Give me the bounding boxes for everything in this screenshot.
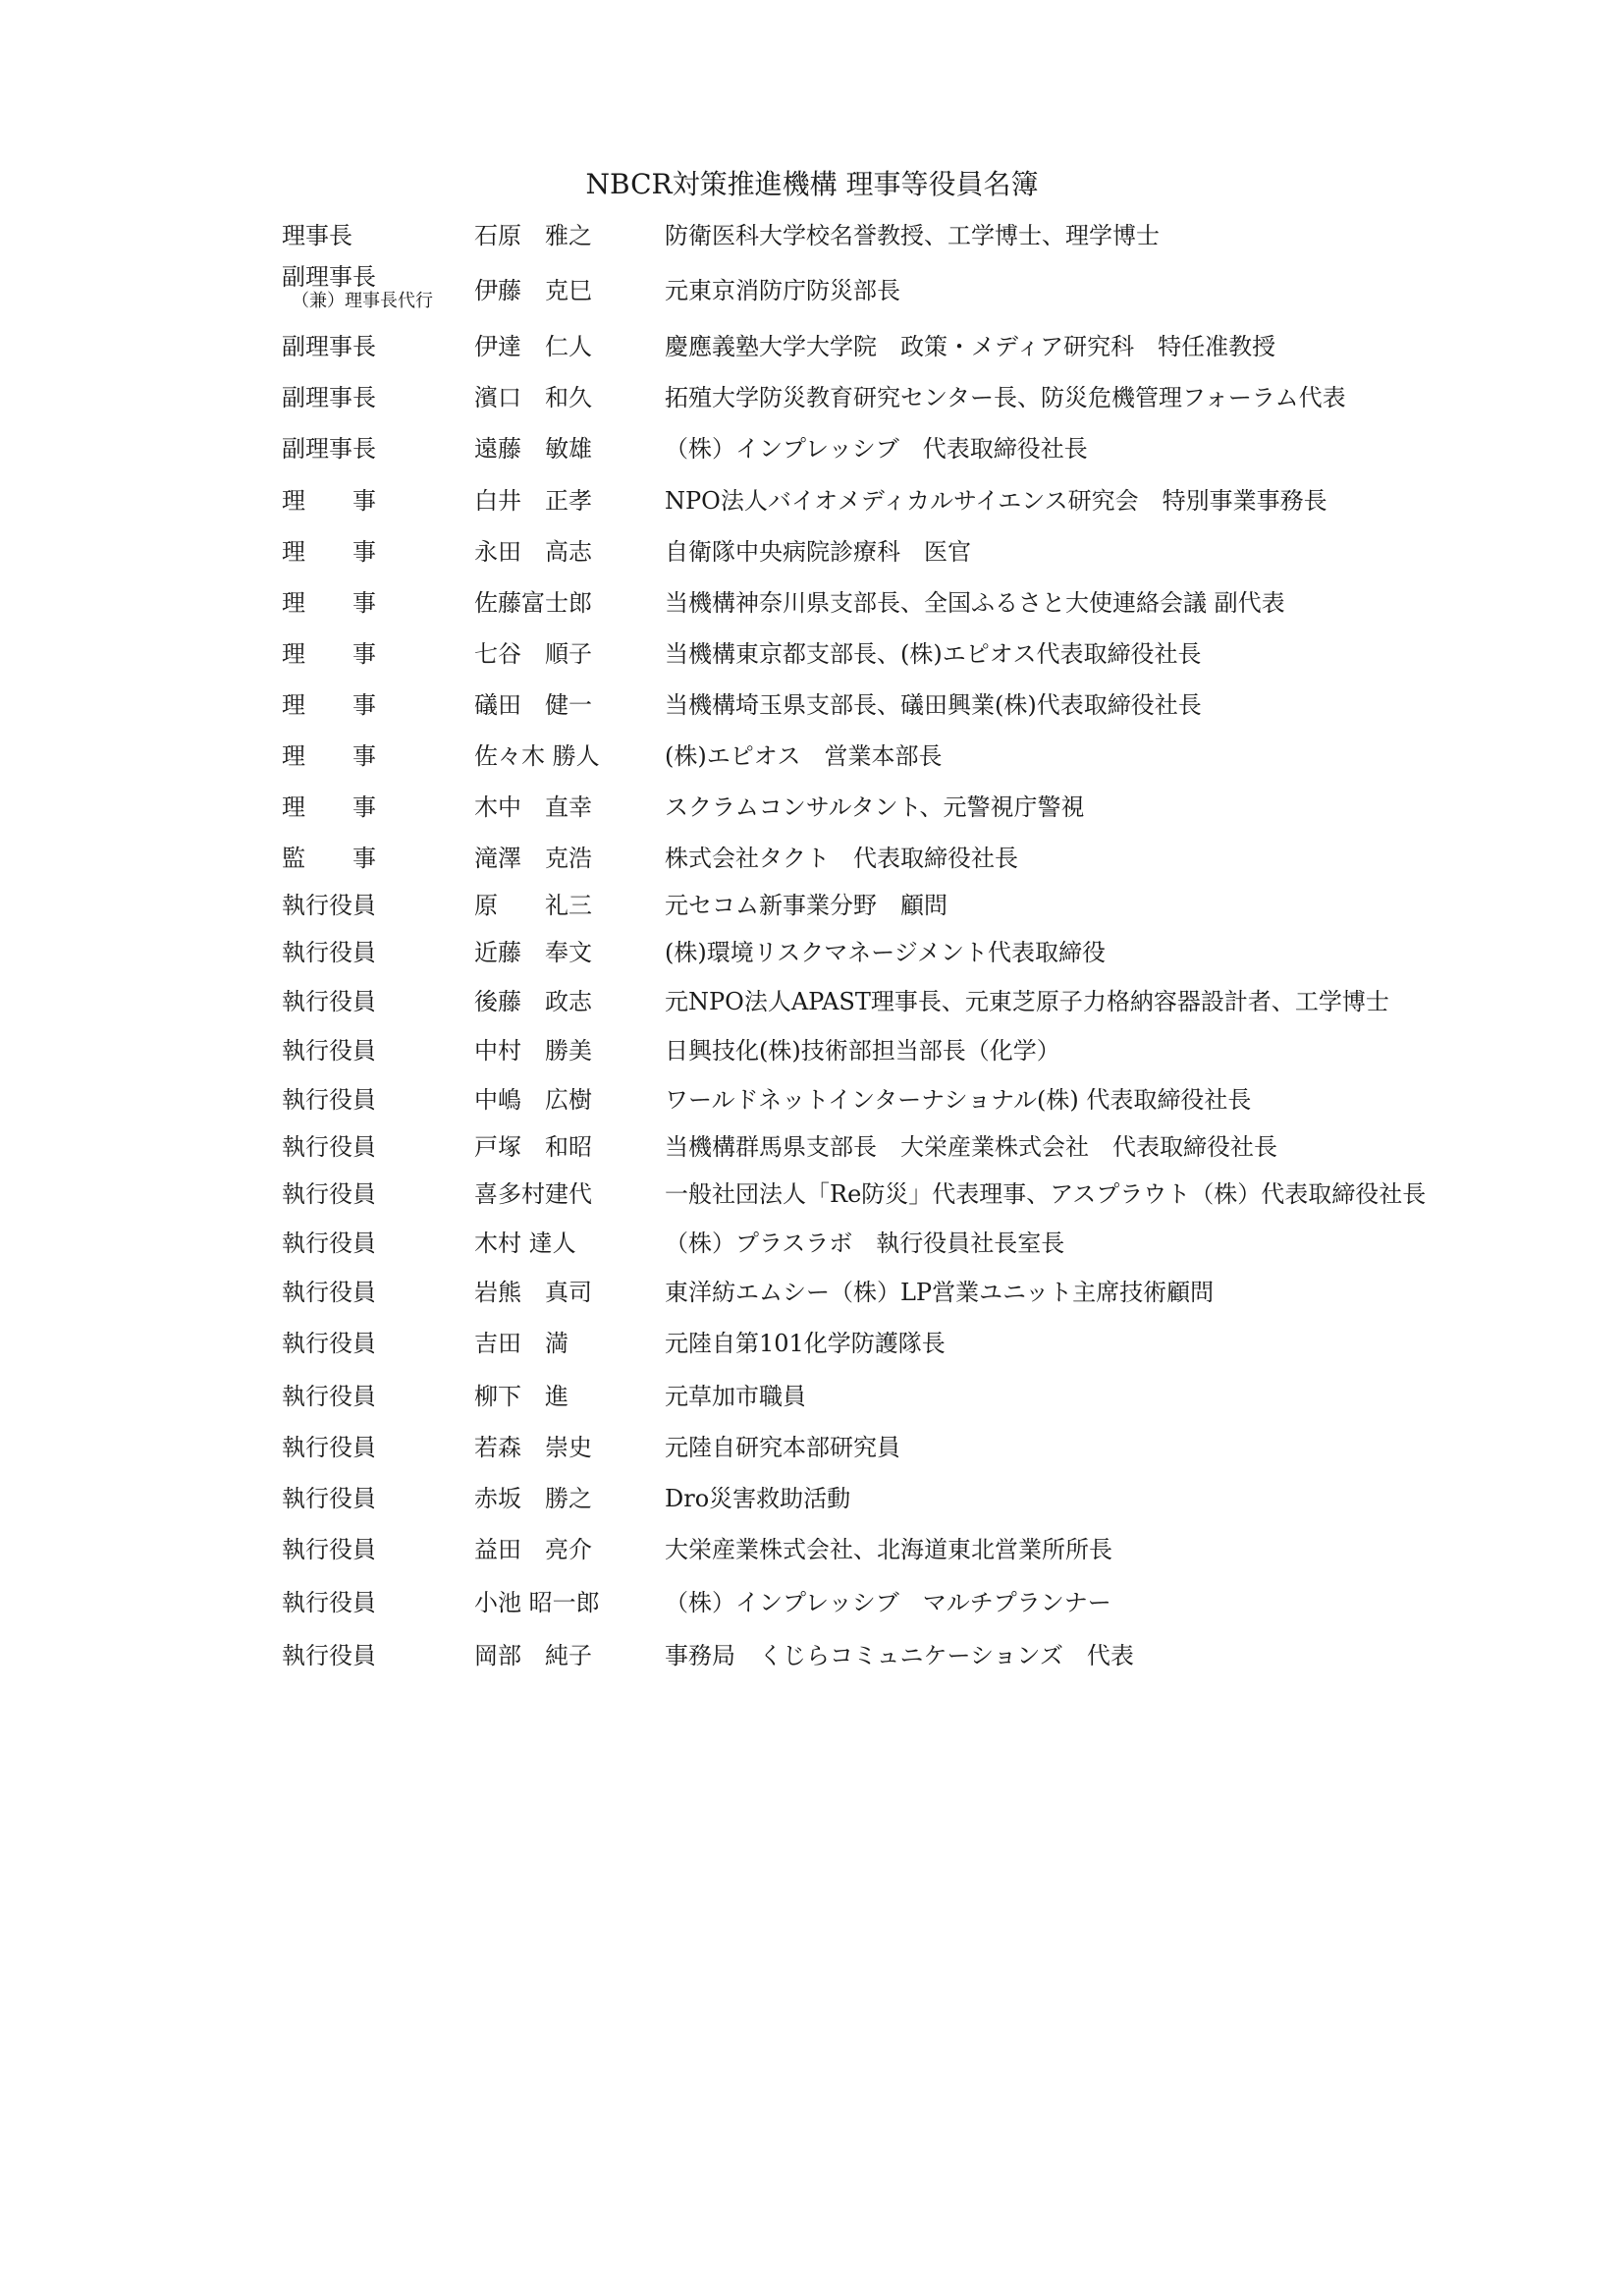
role: 理 事 bbox=[282, 634, 376, 674]
member-affiliation: (株)エピオス 営業本部長 bbox=[665, 737, 943, 776]
member-affiliation: 一般社団法人「Re防災」代表理事、アスプラウト（株）代表取締役社長 bbox=[665, 1175, 1426, 1214]
member-name: 白井 正孝 bbox=[474, 481, 592, 520]
roster-row: 執行役員 戸塚 和昭 当機構群馬県支部長 大栄産業株式会社 代表取締役社長 bbox=[0, 1127, 1624, 1167]
role: 執行役員 bbox=[282, 933, 376, 972]
roster-row: 理事長 石原 雅之 防衛医科大学校名誉教授、工学博士、理学博士 bbox=[0, 216, 1624, 255]
role: 執行役員 bbox=[282, 1583, 376, 1622]
role: 執行役員 bbox=[282, 1428, 376, 1467]
role: 理事長 bbox=[282, 216, 352, 255]
role: 執行役員 bbox=[282, 1377, 376, 1416]
role: 執行役員 bbox=[282, 1479, 376, 1518]
roster-row: 執行役員 近藤 奉文 (株)環境リスクマネージメント代表取締役 bbox=[0, 933, 1624, 972]
roster-row: 副理事長 伊達 仁人 慶應義塾大学大学院 政策・メディア研究科 特任准教授 bbox=[0, 327, 1624, 366]
role: 執行役員 bbox=[282, 1127, 376, 1167]
member-name: 後藤 政志 bbox=[474, 982, 592, 1021]
member-name: 中村 勝美 bbox=[474, 1031, 592, 1070]
roster-row: 理 事 佐藤富士郎 当機構神奈川県支部長、全国ふるさと大使連絡会議 副代表 bbox=[0, 583, 1624, 623]
member-affiliation: Dro災害救助活動 bbox=[665, 1479, 850, 1518]
member-affiliation: 自衛隊中央病院診療科 医官 bbox=[665, 532, 971, 572]
role: 執行役員 bbox=[282, 1224, 376, 1263]
roster-row: 執行役員 木村 達人 （株）プラスラボ 執行役員社長室長 bbox=[0, 1224, 1624, 1263]
role: 執行役員 bbox=[282, 1175, 376, 1214]
roster-row: 執行役員 柳下 進 元草加市職員 bbox=[0, 1377, 1624, 1416]
member-affiliation: 株式会社タクト 代表取締役社長 bbox=[665, 839, 1018, 878]
member-affiliation: 事務局 くじらコミュニケーションズ 代表 bbox=[665, 1636, 1134, 1675]
role: 理 事 bbox=[282, 685, 376, 725]
member-affiliation: スクラムコンサルタント、元警視庁警視 bbox=[665, 788, 1084, 827]
member-affiliation: 元セコム新事業分野 顧問 bbox=[665, 886, 947, 925]
member-name: 戸塚 和昭 bbox=[474, 1127, 592, 1167]
roster-row: 理 事 永田 高志 自衛隊中央病院診療科 医官 bbox=[0, 532, 1624, 572]
roster-row: 監 事 滝澤 克浩 株式会社タクト 代表取締役社長 bbox=[0, 839, 1624, 878]
member-name: 七谷 順子 bbox=[474, 634, 592, 674]
member-affiliation: 元草加市職員 bbox=[665, 1377, 806, 1416]
roster-row: 執行役員 益田 亮介 大栄産業株式会社、北海道東北営業所所長 bbox=[0, 1530, 1624, 1569]
member-name: 喜多村建代 bbox=[474, 1175, 592, 1214]
roster-row: 理 事 木中 直幸 スクラムコンサルタント、元警視庁警視 bbox=[0, 788, 1624, 827]
role: 執行役員 bbox=[282, 1530, 376, 1569]
roster-row: 執行役員 喜多村建代 一般社団法人「Re防災」代表理事、アスプラウト（株）代表取… bbox=[0, 1175, 1624, 1214]
role: 理 事 bbox=[282, 532, 376, 572]
roster-row: 副理事長 遠藤 敏雄 （株）インプレッシブ 代表取締役社長 bbox=[0, 429, 1624, 468]
member-name: 柳下 進 bbox=[474, 1377, 568, 1416]
member-name: 吉田 満 bbox=[474, 1324, 568, 1363]
member-affiliation: 当機構神奈川県支部長、全国ふるさと大使連絡会議 副代表 bbox=[665, 583, 1285, 623]
role: 副理事長 （兼）理事長代行 bbox=[282, 263, 433, 312]
member-name: 若森 崇史 bbox=[474, 1428, 592, 1467]
role-main: 副理事長 bbox=[282, 263, 376, 291]
member-affiliation: 当機構群馬県支部長 大栄産業株式会社 代表取締役社長 bbox=[665, 1127, 1277, 1167]
member-affiliation: 慶應義塾大学大学院 政策・メディア研究科 特任准教授 bbox=[665, 327, 1275, 366]
member-name: 赤坂 勝之 bbox=[474, 1479, 592, 1518]
member-affiliation: 当機構東京都支部長、(株)エピオス代表取締役社長 bbox=[665, 634, 1202, 674]
member-name: 佐々木 勝人 bbox=[474, 737, 600, 776]
member-name: 佐藤富士郎 bbox=[474, 583, 592, 623]
member-name: 滝澤 克浩 bbox=[474, 839, 592, 878]
member-affiliation: 東洋紡エムシー（株）LP営業ユニット主席技術顧問 bbox=[665, 1273, 1214, 1312]
role: 執行役員 bbox=[282, 1324, 376, 1363]
member-affiliation: 元NPO法人APAST理事長、元東芝原子力格納容器設計者、工学博士 bbox=[665, 982, 1389, 1021]
member-affiliation: 元陸自研究本部研究員 bbox=[665, 1428, 900, 1467]
role: 執行役員 bbox=[282, 1031, 376, 1070]
member-name: 中嶋 広樹 bbox=[474, 1080, 592, 1120]
member-name: 礒田 健一 bbox=[474, 685, 592, 725]
roster-row: 執行役員 吉田 満 元陸自第101化学防護隊長 bbox=[0, 1324, 1624, 1363]
role: 理 事 bbox=[282, 481, 376, 520]
role: 執行役員 bbox=[282, 1080, 376, 1120]
role: 理 事 bbox=[282, 737, 376, 776]
roster-row: 理 事 七谷 順子 当機構東京都支部長、(株)エピオス代表取締役社長 bbox=[0, 634, 1624, 674]
member-name: 遠藤 敏雄 bbox=[474, 429, 592, 468]
roster-row: 理 事 礒田 健一 当機構埼玉県支部長、礒田興業(株)代表取締役社長 bbox=[0, 685, 1624, 725]
member-name: 濱口 和久 bbox=[474, 378, 592, 417]
member-affiliation: (株)環境リスクマネージメント代表取締役 bbox=[665, 933, 1106, 972]
roster-row: 執行役員 後藤 政志 元NPO法人APAST理事長、元東芝原子力格納容器設計者、… bbox=[0, 982, 1624, 1021]
member-affiliation: 拓殖大学防災教育研究センター長、防災危機管理フォーラム代表 bbox=[665, 378, 1346, 417]
member-name: 原 礼三 bbox=[474, 886, 592, 925]
member-name: 岩熊 真司 bbox=[474, 1273, 592, 1312]
role: 副理事長 bbox=[282, 327, 376, 366]
roster-row: 執行役員 原 礼三 元セコム新事業分野 顧問 bbox=[0, 886, 1624, 925]
role: 副理事長 bbox=[282, 378, 376, 417]
member-affiliation: 当機構埼玉県支部長、礒田興業(株)代表取締役社長 bbox=[665, 685, 1202, 725]
roster-row: 副理事長 （兼）理事長代行 伊藤 克巳 元東京消防庁防災部長 bbox=[0, 271, 1624, 310]
roster-row: 執行役員 中村 勝美 日興技化(株)技術部担当部長（化学） bbox=[0, 1031, 1624, 1070]
role-sub: （兼）理事長代行 bbox=[282, 291, 433, 312]
member-affiliation: （株）インプレッシブ 代表取締役社長 bbox=[665, 429, 1088, 468]
member-name: 小池 昭一郎 bbox=[474, 1583, 600, 1622]
roster-row: 副理事長 濱口 和久 拓殖大学防災教育研究センター長、防災危機管理フォーラム代表 bbox=[0, 378, 1624, 417]
member-affiliation: 元陸自第101化学防護隊長 bbox=[665, 1324, 946, 1363]
member-affiliation: NPO法人バイオメディカルサイエンス研究会 特別事業事務長 bbox=[665, 481, 1327, 520]
member-affiliation: （株）プラスラボ 執行役員社長室長 bbox=[665, 1224, 1064, 1263]
member-affiliation: （株）インプレッシブ マルチプランナー bbox=[665, 1583, 1111, 1622]
role: 執行役員 bbox=[282, 1273, 376, 1312]
member-name: 益田 亮介 bbox=[474, 1530, 592, 1569]
document-title: NBCR対策推進機構 理事等役員名簿 bbox=[0, 163, 1624, 202]
member-name: 木村 達人 bbox=[474, 1224, 576, 1263]
role: 理 事 bbox=[282, 788, 376, 827]
roster-row: 理 事 白井 正孝 NPO法人バイオメディカルサイエンス研究会 特別事業事務長 bbox=[0, 481, 1624, 520]
member-name: 永田 高志 bbox=[474, 532, 592, 572]
member-name: 伊藤 克巳 bbox=[474, 271, 592, 310]
member-name: 伊達 仁人 bbox=[474, 327, 592, 366]
roster-row: 執行役員 岩熊 真司 東洋紡エムシー（株）LP営業ユニット主席技術顧問 bbox=[0, 1273, 1624, 1312]
member-name: 岡部 純子 bbox=[474, 1636, 592, 1675]
member-affiliation: 大栄産業株式会社、北海道東北営業所所長 bbox=[665, 1530, 1112, 1569]
member-affiliation: ワールドネットインターナショナル(株) 代表取締役社長 bbox=[665, 1080, 1251, 1120]
roster-row: 執行役員 中嶋 広樹 ワールドネットインターナショナル(株) 代表取締役社長 bbox=[0, 1080, 1624, 1120]
role: 執行役員 bbox=[282, 982, 376, 1021]
member-affiliation: 防衛医科大学校名誉教授、工学博士、理学博士 bbox=[665, 216, 1160, 255]
role: 監 事 bbox=[282, 839, 376, 878]
member-name: 近藤 奉文 bbox=[474, 933, 592, 972]
roster-row: 執行役員 岡部 純子 事務局 くじらコミュニケーションズ 代表 bbox=[0, 1636, 1624, 1675]
member-affiliation: 日興技化(株)技術部担当部長（化学） bbox=[665, 1031, 1060, 1070]
roster-row: 執行役員 赤坂 勝之 Dro災害救助活動 bbox=[0, 1479, 1624, 1518]
roster-row: 執行役員 若森 崇史 元陸自研究本部研究員 bbox=[0, 1428, 1624, 1467]
roster-row: 執行役員 小池 昭一郎 （株）インプレッシブ マルチプランナー bbox=[0, 1583, 1624, 1622]
member-name: 石原 雅之 bbox=[474, 216, 592, 255]
member-name: 木中 直幸 bbox=[474, 788, 592, 827]
role: 執行役員 bbox=[282, 1636, 376, 1675]
member-affiliation: 元東京消防庁防災部長 bbox=[665, 271, 900, 310]
role: 理 事 bbox=[282, 583, 376, 623]
role: 執行役員 bbox=[282, 886, 376, 925]
role: 副理事長 bbox=[282, 429, 376, 468]
roster-row: 理 事 佐々木 勝人 (株)エピオス 営業本部長 bbox=[0, 737, 1624, 776]
